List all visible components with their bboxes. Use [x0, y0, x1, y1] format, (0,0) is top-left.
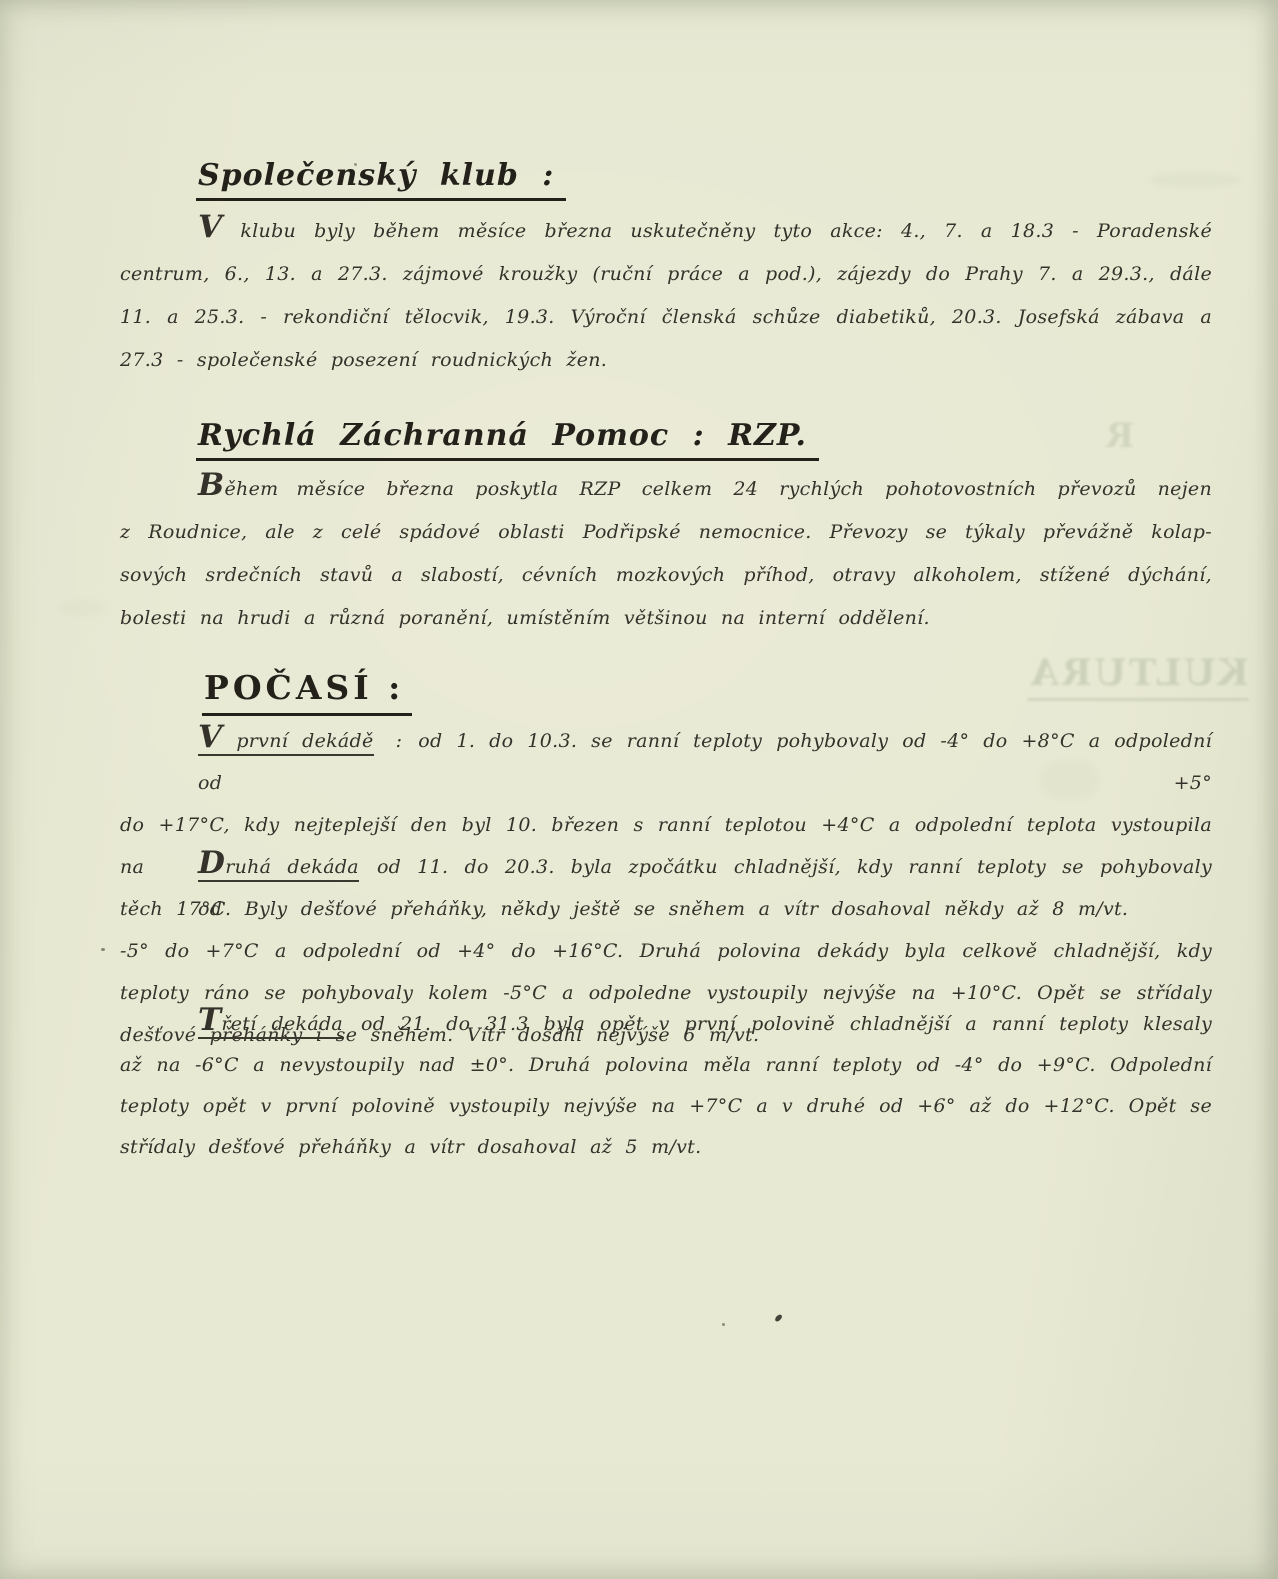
text-line: střídaly dešťové přeháňky a vítr dosahov…	[120, 1127, 1212, 1168]
section-heading-spolecensky-klub: Společenský klub :	[196, 158, 566, 201]
ink-bleedthrough-text: KULTURA	[1028, 652, 1249, 701]
text-line: Třetí dekádaod 21. do 31.3 byla opět v p…	[120, 1000, 1212, 1045]
text-line: bolesti na hrudi a různá poranění, umíst…	[120, 597, 1212, 640]
paragraph-treti-dekada: Třetí dekádaod 21. do 31.3 byla opět v p…	[120, 1000, 1212, 1168]
paragraph-lead: Během	[198, 478, 278, 502]
ink-speck	[722, 1323, 725, 1326]
text-run: od 21. do 31.3 byla opět v první polovin…	[361, 1013, 1212, 1035]
paper-smudge	[1150, 172, 1240, 188]
lead-suffix: :	[396, 730, 403, 752]
ink-speck	[101, 948, 105, 951]
paragraph-lead-underlined: V první dekádě	[198, 730, 374, 756]
section-heading-pocasi: POČASÍ :	[202, 668, 412, 716]
text-run: měsíce března poskytla RZP celkem 24 ryc…	[296, 478, 1212, 500]
paragraph-lead: V	[198, 220, 222, 244]
text-run: klubu byly během měsíce března uskutečně…	[240, 220, 1212, 242]
text-line: Běhemměsíce března poskytla RZP celkem 2…	[120, 464, 1212, 511]
paper-smudge	[60, 600, 106, 616]
text-line: Vklubu byly během měsíce března uskutečn…	[120, 206, 1212, 253]
paragraph-lead-underlined: Druhá dekáda	[198, 856, 359, 882]
text-line: V první dekádě:od 1. do 10.3. se ranní t…	[120, 716, 1212, 804]
text-line: 11. a 25.3. - rekondiční tělocvik, 19.3.…	[120, 296, 1212, 339]
section-heading-rzp: Rychlá Záchranná Pomoc : RZP.	[196, 418, 819, 461]
text-line: Druhá dekádaod 11. do 20.3. byla zpočátk…	[120, 842, 1212, 930]
scanned-chronicle-page: KULTURA R Společenský klub : Vklubu byly…	[0, 0, 1278, 1579]
text-line: -5° do +7°C a odpolední od +4° do +16°C.…	[120, 930, 1212, 972]
paragraph-rzp: Běhemměsíce března poskytla RZP celkem 2…	[120, 464, 1212, 640]
paragraph-lead-underlined: Třetí dekáda	[198, 1013, 343, 1039]
text-line: 27.3 - společenské posezení roudnických …	[120, 339, 1212, 382]
text-line: sových srdečních stavů a slabostí, cévní…	[120, 554, 1212, 597]
ink-speck	[774, 1313, 783, 1322]
text-line: centrum, 6., 13. a 27.3. zájmové kroužky…	[120, 253, 1212, 296]
ink-bleedthrough-letter: R	[1106, 416, 1134, 456]
text-line: až na -6°C a nevystoupily nad ±0°. Druhá…	[120, 1045, 1212, 1086]
text-line: z Roudnice, ale z celé spádové oblasti P…	[120, 511, 1212, 554]
paragraph-klub: Vklubu byly během měsíce března uskutečn…	[120, 206, 1212, 382]
text-line: teploty opět v první polovině vystoupily…	[120, 1086, 1212, 1127]
